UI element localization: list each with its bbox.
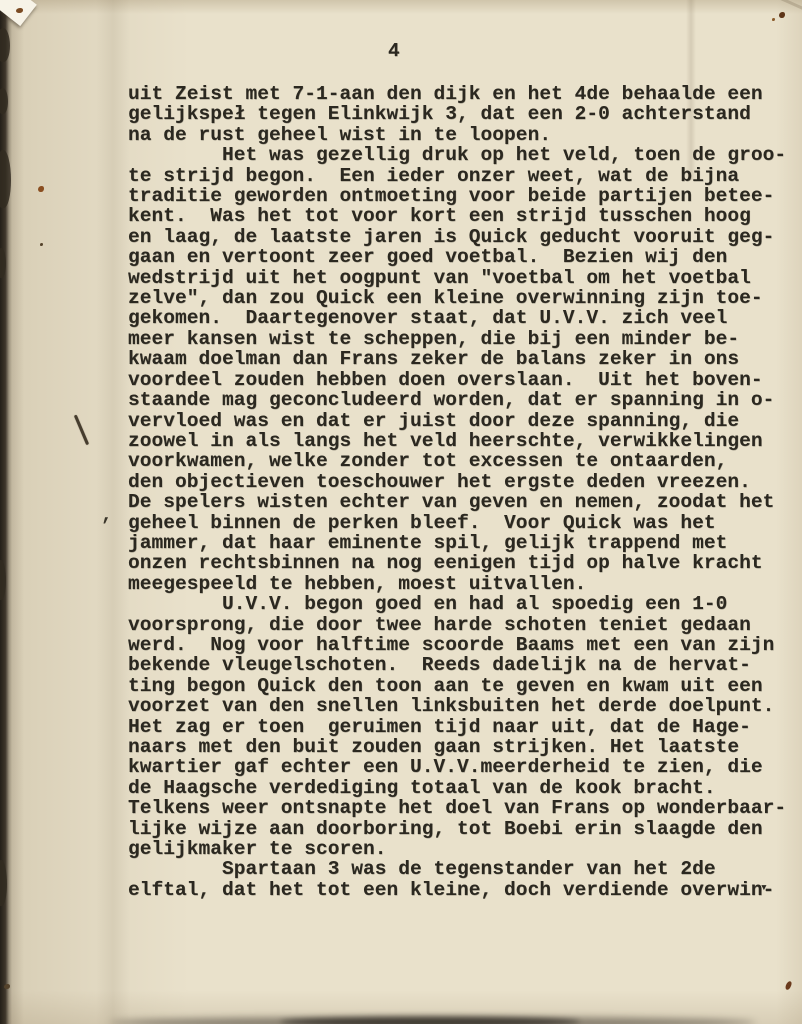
pen-stroke-mark <box>74 415 89 445</box>
margin-comma-mark: , <box>101 504 113 526</box>
scanned-document-page: 4 uit Zeist met 7-1-aan den dijk en het … <box>0 0 802 1024</box>
rust-speck <box>779 12 785 18</box>
paragraph-match-intro: uit Zeist met 7-1-aan den dijk en het 4d… <box>128 84 786 145</box>
paragraph-uvv-match: U.V.V. begon goed en had al spoedig een … <box>128 594 786 859</box>
ink-speck <box>40 243 43 246</box>
rust-speck <box>772 18 775 21</box>
rust-speck <box>38 186 44 192</box>
bottom-scan-shadow-dark <box>280 1017 580 1024</box>
continuation-mark: ▾ <box>760 880 768 895</box>
paragraph-match-report: Het was gezellig druk op het veld, toen … <box>128 145 786 594</box>
paper-crease-diagonal <box>744 0 802 10</box>
typewritten-text-block: uit Zeist met 7-1-aan den dijk en het 4d… <box>128 84 786 900</box>
paragraph-spartaan: Spartaan 3 was de tegenstander van het 2… <box>128 859 786 900</box>
page-number: 4 <box>388 40 400 62</box>
rust-speck <box>785 980 793 990</box>
